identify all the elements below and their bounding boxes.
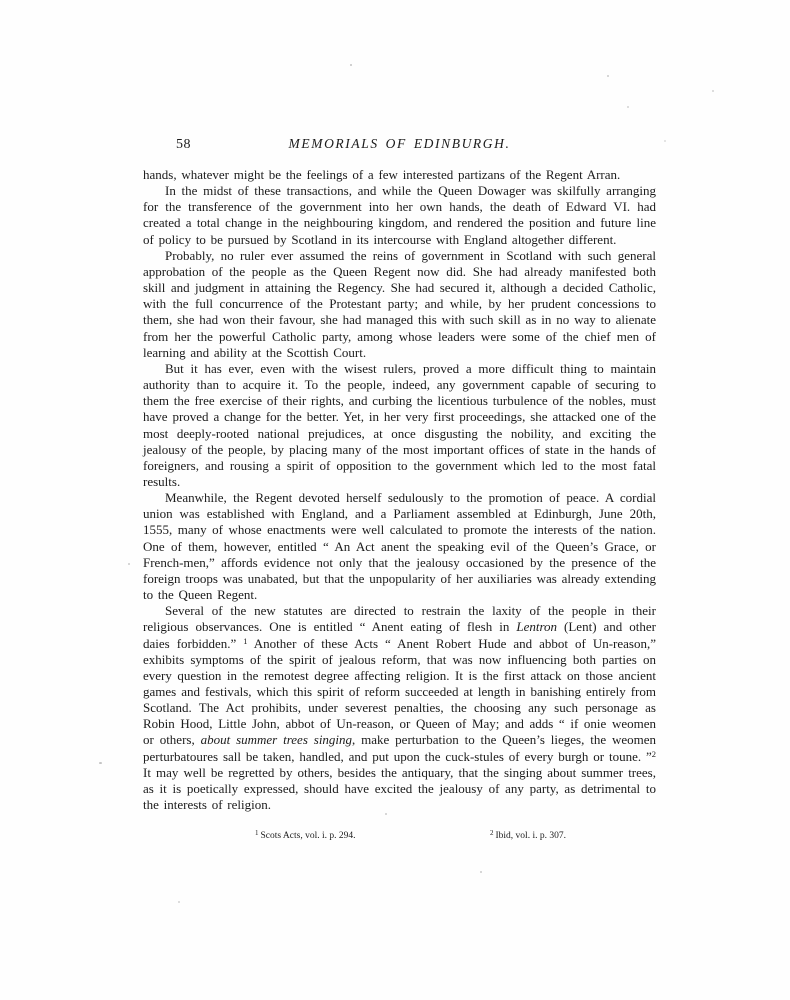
footnote-1-marker: 1 xyxy=(255,829,259,837)
scan-speck xyxy=(607,75,609,77)
paragraph: Probably, no ruler ever assumed the rein… xyxy=(143,248,656,361)
scan-speck xyxy=(178,901,180,903)
paragraph: Meanwhile, the Regent devoted herself se… xyxy=(143,490,656,603)
text-run: But it has ever, even with the wisest ru… xyxy=(143,361,656,489)
scan-speck xyxy=(350,64,352,66)
text-run: Another of these Acts “ Anent Robert Hud… xyxy=(143,636,656,748)
scan-speck xyxy=(128,563,130,565)
footnote-2-text: Ibid, vol. i. p. 307. xyxy=(496,831,566,841)
scan-speck xyxy=(627,106,629,108)
text-run: Meanwhile, the Regent devoted herself se… xyxy=(143,490,656,602)
body-text: hands, whatever might be the feelings of… xyxy=(143,167,656,813)
text-run: It may well be regretted by others, besi… xyxy=(143,765,656,812)
paragraph: But it has ever, even with the wisest ru… xyxy=(143,361,656,490)
scan-speck xyxy=(99,762,102,764)
page-number: 58 xyxy=(176,137,191,153)
scan-speck xyxy=(712,90,714,92)
book-page: 58 MEMORIALS OF EDINBURGH. hands, whatev… xyxy=(0,0,790,1000)
text-run: about summer trees singing xyxy=(201,732,352,747)
paragraph: Several of the new statutes are directed… xyxy=(143,603,656,813)
footnote-2: 2Ibid, vol. i. p. 307. xyxy=(490,831,566,841)
scan-speck xyxy=(385,813,387,815)
scan-speck xyxy=(664,140,666,142)
scan-speck xyxy=(480,871,482,873)
paragraph: hands, whatever might be the feelings of… xyxy=(143,167,656,183)
footnotes: 1Scots Acts, vol. i. p. 294. 2Ibid, vol.… xyxy=(143,831,656,845)
text-run: Probably, no ruler ever assumed the rein… xyxy=(143,248,656,360)
footnote-1: 1Scots Acts, vol. i. p. 294. xyxy=(255,831,356,841)
footnote-ref: 2 xyxy=(652,749,656,759)
footnote-1-text: Scots Acts, vol. i. p. 294. xyxy=(261,831,356,841)
text-block: 58 MEMORIALS OF EDINBURGH. hands, whatev… xyxy=(143,136,656,813)
text-run: Lentron xyxy=(516,619,557,634)
text-run: In the midst of these transactions, and … xyxy=(143,183,656,246)
footnote-2-marker: 2 xyxy=(490,829,494,837)
page-header: 58 MEMORIALS OF EDINBURGH. xyxy=(143,136,656,156)
running-title: MEMORIALS OF EDINBURGH. xyxy=(143,136,656,152)
paragraph: In the midst of these transactions, and … xyxy=(143,183,656,248)
text-run: hands, whatever might be the feelings of… xyxy=(143,167,620,182)
